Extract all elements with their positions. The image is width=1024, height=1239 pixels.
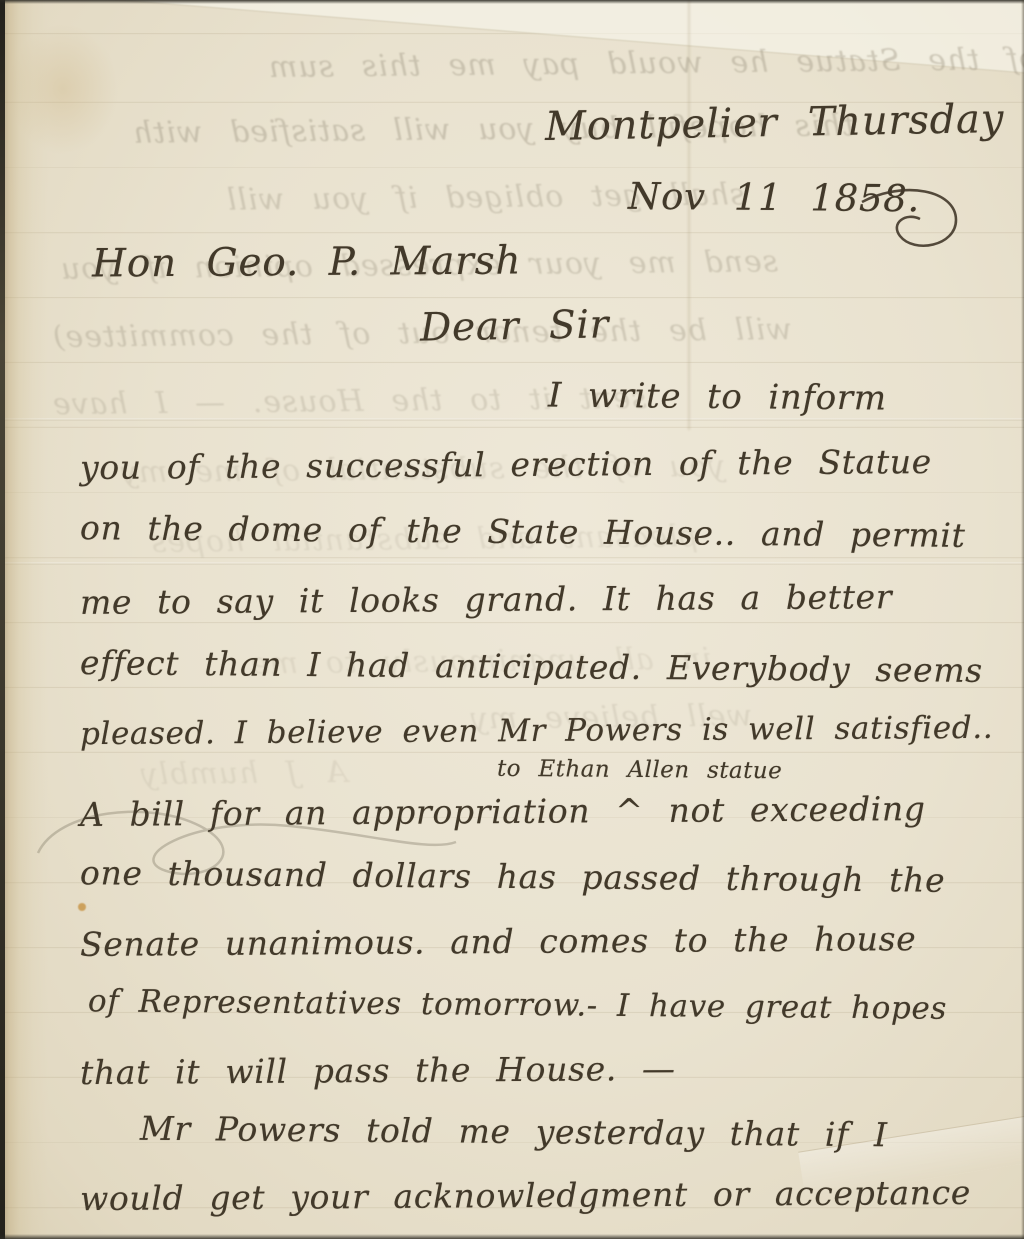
letter-line: one thousand dollars has passed through … [80,853,946,900]
letter-line: on the dome of the State House.. and per… [80,508,966,555]
page-edge [0,0,1024,4]
page-edge-shadow [0,0,48,1239]
opening-phrase: I write to inform [548,376,887,419]
paper-crease [0,562,1024,565]
letter-line: me to say it looks grand. It has a bette… [80,577,892,622]
ink-flourish [856,186,976,258]
letter-line: you of the successful erection of the St… [80,442,932,487]
letter-line: that it will pass the House. — [80,1049,676,1092]
page-edge [0,0,5,1239]
fox-spot [78,903,86,911]
scanned-letter-page: of the Statue he would pay me this sum t… [0,0,1024,1239]
letter-line: of Representatives tomorrow.- I have gre… [88,983,947,1026]
page-edge [0,1234,1024,1239]
letter-line: effect than I had anticipated. Everybody… [80,643,983,690]
salutation: Dear Sir [420,302,610,350]
letter-line: Senate unanimous. and comes to the house [80,919,917,964]
dateline-place: Montpelier Thursday [545,96,1005,150]
letter-line: A bill for an appropriation ^ not exceed… [80,789,926,834]
recipient-line: Hon Geo. P. Marsh [92,239,522,287]
letter-line: pleased. I believe even Mr Powers is wel… [80,710,993,752]
letter-line: would get your acknowledgment or accepta… [80,1173,971,1218]
letter-line: Mr Powers told me yesterday that if I [140,1109,888,1155]
interlinear-insertion: to Ethan Allen statue [497,756,782,784]
